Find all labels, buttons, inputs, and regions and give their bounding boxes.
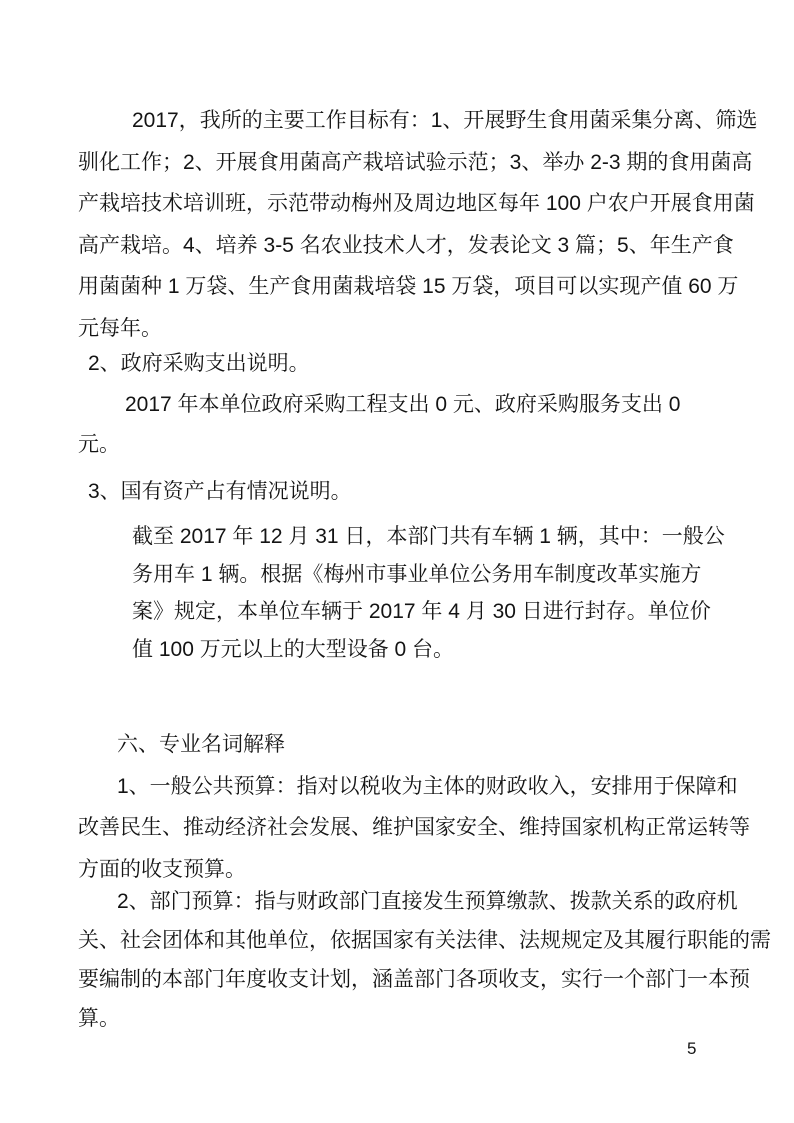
page-number: 5 [687, 1038, 696, 1060]
text-line: 2017 年本单位政府采购工程支出 0 元、政府采购服务支出 0 [78, 385, 713, 425]
heading-glossary: 六、专业名词解释 [78, 724, 713, 766]
text-line: 要编制的本部门年度收支计划，涵盖部门各项收支，实行一个部门一本预 [78, 960, 713, 999]
paragraph-work-goals: 2017，我所的主要工作目标有：1、开展野生食用菌采集分离、筛选 驯化工作；2、… [78, 100, 713, 349]
paragraph-general-budget: 1、一般公共预算：指对以税收为主体的财政收入，安排用于保障和 改善民生、推动经济… [78, 766, 713, 891]
text-line: 务用车 1 辆。根据《梅州市事业单位公务用车制度改革实施方 [78, 556, 713, 594]
text-line: 产栽培技术培训班，示范带动梅州及周边地区每年 100 户农户开展食用菌 [78, 183, 713, 225]
document-page: 2017，我所的主要工作目标有：1、开展野生食用菌采集分离、筛选 驯化工作；2、… [0, 0, 794, 1123]
text-line: 改善民生、推动经济社会发展、维护国家安全、维持国家机构正常运转等 [78, 807, 713, 849]
text-line: 关、社会团体和其他单位，依据国家有关法律、法规规定及其履行职能的需 [78, 921, 713, 960]
paragraph-procurement: 2017 年本单位政府采购工程支出 0 元、政府采购服务支出 0 元。 [78, 385, 713, 465]
text-line: 高产栽培。4、培养 3-5 名农业技术人才，发表论文 3 篇；5、年生产食 [78, 225, 713, 267]
text-line: 用菌菌种 1 万袋、生产食用菌栽培袋 15 万袋，项目可以实现产值 60 万 [78, 266, 713, 308]
text-line: 2、部门预算：指与财政部门直接发生预算缴款、拨款关系的政府机 [78, 882, 713, 921]
text-line: 案》规定，本单位车辆于 2017 年 4 月 30 日进行封存。单位价 [78, 593, 713, 631]
text-line: 值 100 万元以上的大型设备 0 台。 [78, 631, 713, 669]
text-line: 2017，我所的主要工作目标有：1、开展野生食用菌采集分离、筛选 [78, 100, 713, 142]
document-content: 2017，我所的主要工作目标有：1、开展野生食用菌采集分离、筛选 驯化工作；2、… [0, 0, 794, 1038]
text-line: 截至 2017 年 12 月 31 日，本部门共有车辆 1 辆，其中：一般公 [78, 518, 713, 556]
text-line: 驯化工作；2、开展食用菌高产栽培试验示范；3、举办 2-3 期的食用菌高 [78, 142, 713, 184]
paragraph-department-budget: 2、部门预算：指与财政部门直接发生预算缴款、拨款关系的政府机 关、社会团体和其他… [78, 882, 713, 1038]
text-line: 算。 [78, 999, 713, 1038]
text-line: 元。 [78, 425, 713, 465]
text-line: 1、一般公共预算：指对以税收为主体的财政收入，安排用于保障和 [78, 766, 713, 808]
paragraph-assets: 截至 2017 年 12 月 31 日，本部门共有车辆 1 辆，其中：一般公 务… [78, 518, 713, 668]
heading-procurement: 2、政府采购支出说明。 [78, 343, 713, 385]
heading-assets: 3、国有资产占有情况说明。 [78, 471, 713, 513]
